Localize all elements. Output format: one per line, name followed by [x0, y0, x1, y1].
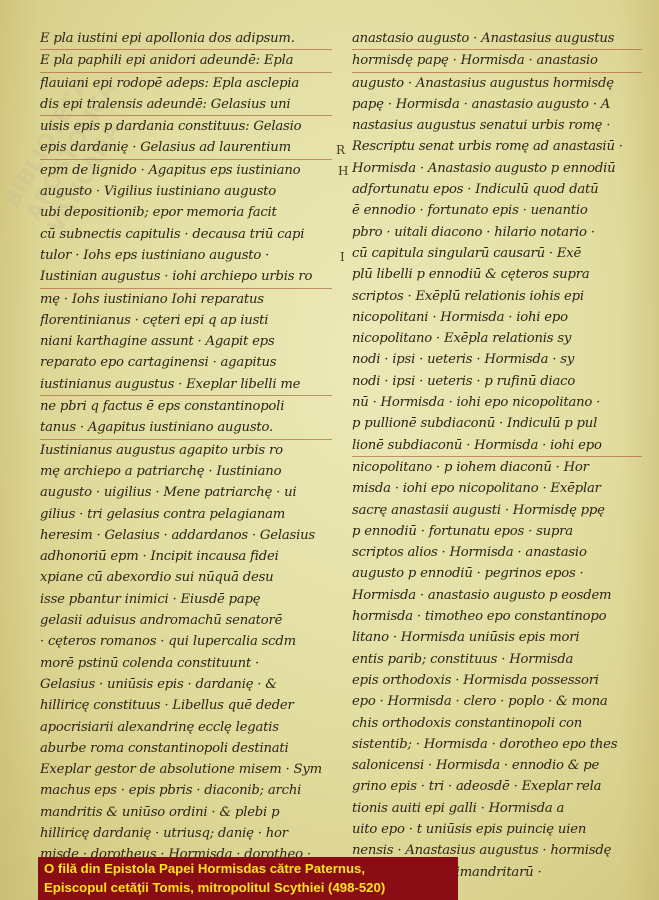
- manuscript-page: BIBLIOTECA APOSTOLICA VATICANA E pla ius…: [0, 0, 659, 900]
- manuscript-line: misda · iohi epo nicopolitano · Exēplar: [352, 478, 642, 499]
- manuscript-line: entis parib; constituus · Hormisda: [352, 649, 642, 670]
- manuscript-line: augusto · Vigilius iustiniano augusto: [40, 181, 332, 202]
- manuscript-line: Exeplar gestor de absolutione misem · Sy…: [40, 759, 332, 780]
- manuscript-line: Gelasius · uniūsis epis · dardanię · &: [40, 674, 332, 695]
- manuscript-line: cū subnectis capitulis · decausa triū ca…: [40, 224, 332, 245]
- manuscript-line: epm de lignido · Agapitus eps iustiniano: [40, 160, 332, 181]
- manuscript-line: nicopolitano · Exēpla relationis sy: [352, 328, 642, 349]
- manuscript-line: nicopolitani · Hormisda · iohi epo: [352, 307, 642, 328]
- manuscript-line: reparato epo cartaginensi · agapitus: [40, 352, 332, 373]
- manuscript-right-column: anastasio augusto · Anastasius augustush…: [352, 28, 642, 883]
- manuscript-line: sacrę anastasii augusti · Hormisdę ppę: [352, 500, 642, 521]
- manuscript-line: ē ennodio · fortunato epis · uenantio: [352, 200, 642, 221]
- manuscript-line: nodi · ipsi · ueteris · p rufinū diaco: [352, 371, 642, 392]
- manuscript-line: augusto · uigilius · Mene patriarchę · u…: [40, 482, 332, 503]
- manuscript-line: scriptos alios · Hormisda · anastasio: [352, 542, 642, 563]
- manuscript-line: tanus · Agapitus iustiniano augusto.: [40, 417, 332, 439]
- manuscript-line: nastasius augustus senatui urbis romę ·: [352, 115, 642, 136]
- manuscript-line: salonicensi · Hormisda · ennodio & pe: [352, 755, 642, 776]
- manuscript-line: litano · Hormisda uniūsis epis mori: [352, 627, 642, 648]
- manuscript-line: tulor · Iohs eps iustiniano augusto ·: [40, 245, 332, 266]
- manuscript-line: epo · Hormisda · clero · poplo · & mona: [352, 691, 642, 712]
- manuscript-line: machus eps · epis pbris · diaconib; arch…: [40, 780, 332, 801]
- manuscript-line: iustinianus augustus · Exeplar libelli m…: [40, 374, 332, 396]
- manuscript-line: uisis epis p dardania constituus: Gelasi…: [40, 116, 332, 137]
- manuscript-line: aburbe roma constantinopoli destinati: [40, 738, 332, 759]
- manuscript-line: ubi depositionib; epor memoria facit: [40, 202, 332, 223]
- manuscript-line: E pla paphili epi anidori adeundē: Epla: [40, 50, 332, 72]
- manuscript-line: Hormisda · anastasio augusto p eosdem: [352, 585, 642, 606]
- manuscript-line: chis orthodoxis constantinopoli con: [352, 713, 642, 734]
- manuscript-line: Rescriptu senat urbis romę ad anastasiū …: [352, 136, 642, 157]
- manuscript-line: isse pbantur inimici · Eiusdē papę: [40, 589, 332, 610]
- manuscript-line: gilius · tri gelasius contra pelagianam: [40, 504, 332, 525]
- manuscript-line: epis orthodoxis · Hormisda possessori: [352, 670, 642, 691]
- manuscript-line: niani karthagine assunt · Agapit eps: [40, 331, 332, 352]
- manuscript-line: pbro · uitali diacono · hilario notario …: [352, 222, 642, 243]
- manuscript-line: mę · Iohs iustiniano Iohi reparatus: [40, 289, 332, 310]
- manuscript-line: mandritis & uniūso ordini · & plebi p: [40, 802, 332, 823]
- margin-mark: R: [336, 143, 345, 157]
- manuscript-line: ne pbri q factus ē eps constantinopoli: [40, 396, 332, 417]
- caption-line-1: O filă din Epistola Papei Hormisdas cătr…: [44, 859, 458, 878]
- manuscript-line: hormisda · timotheo epo constantinopo: [352, 606, 642, 627]
- manuscript-line: dis epi tralensis adeundē: Gelasius uni: [40, 94, 332, 116]
- manuscript-line: uito epo · t uniūsis epis puincię uien: [352, 819, 642, 840]
- manuscript-line: florentinianus · cęteri epi q ap iusti: [40, 310, 332, 331]
- manuscript-line: adhonoriū epm · Incipit incausa fidei: [40, 546, 332, 567]
- manuscript-line: apocrisiarii alexandrinę ecclę legatis: [40, 717, 332, 738]
- manuscript-line: hilliricę dardanię · utriusq; danię · ho…: [40, 823, 332, 844]
- manuscript-line: mę archiepo a patriarchę · Iustiniano: [40, 461, 332, 482]
- manuscript-line: sistentib; · Hormisda · dorotheo epo the…: [352, 734, 642, 755]
- manuscript-line: grino epis · tri · adeosdē · Exeplar rel…: [352, 776, 642, 797]
- manuscript-line: nū · Hormisda · iohi epo nicopolitano ·: [352, 392, 642, 413]
- manuscript-line: augusto p ennodiū · pegrinos epos ·: [352, 563, 642, 584]
- manuscript-line: p pullionē subdiaconū · Indiculū p pul: [352, 413, 642, 434]
- manuscript-line: gelasii aduisus andromachū senatorē: [40, 610, 332, 631]
- manuscript-line: Hormisda · Anastasio augusto p ennodiū: [352, 158, 642, 179]
- manuscript-line: heresim · Gelasius · addardanos · Gelasi…: [40, 525, 332, 546]
- margin-mark: H: [338, 164, 348, 178]
- manuscript-line: adfortunatu epos · Indiculū quod datū: [352, 179, 642, 200]
- manuscript-line: morē pstinū colenda constituunt ·: [40, 653, 332, 674]
- manuscript-line: cū capitula singularū causarū · Exē: [352, 243, 642, 264]
- manuscript-line: flauiani epi rodopē adeps: Epla asclepia: [40, 73, 332, 94]
- manuscript-line: anastasio augusto · Anastasius augustus: [352, 28, 642, 50]
- image-caption: O filă din Epistola Papei Hormisdas cătr…: [38, 857, 458, 900]
- manuscript-line: p ennodiū · fortunatu epos · supra: [352, 521, 642, 542]
- manuscript-line: scriptos · Exēplū relationis iohis epi: [352, 286, 642, 307]
- manuscript-line: tionis auiti epi galli · Hormisda a: [352, 798, 642, 819]
- manuscript-line: xpiane cū abexordio sui nūquā desu: [40, 567, 332, 588]
- manuscript-line: augusto · Anastasius augustus hormisdę: [352, 73, 642, 94]
- manuscript-line: hormisdę papę · Hormisda · anastasio: [352, 50, 642, 72]
- manuscript-line: epis dardanię · Gelasius ad laurentium: [40, 137, 332, 159]
- manuscript-line: Iustinian augustus · iohi archiepo urbis…: [40, 266, 332, 288]
- caption-line-2: Episcopul cetăţii Tomis, mitropolitul Sc…: [44, 878, 458, 897]
- manuscript-line: · cęteros romanos · qui lupercalia scdm: [40, 631, 332, 652]
- manuscript-line: Iustinianus augustus agapito urbis ro: [40, 440, 332, 461]
- manuscript-line: lionē subdiaconū · Hormisda · iohi epo: [352, 435, 642, 457]
- margin-mark: I: [340, 250, 345, 264]
- manuscript-left-column: E pla iustini epi apollonia dos adipsum.…: [40, 28, 332, 867]
- manuscript-line: papę · Hormisda · anastasio augusto · A: [352, 94, 642, 115]
- manuscript-line: nodi · ipsi · ueteris · Hormisda · sy: [352, 349, 642, 370]
- manuscript-line: hilliricę constituus · Libellus quē dede…: [40, 695, 332, 716]
- manuscript-line: nicopolitano · p iohem diaconū · Hor: [352, 457, 642, 478]
- manuscript-line: E pla iustini epi apollonia dos adipsum.: [40, 28, 332, 50]
- manuscript-line: plū libelli p ennodiū & cęteros supra: [352, 264, 642, 285]
